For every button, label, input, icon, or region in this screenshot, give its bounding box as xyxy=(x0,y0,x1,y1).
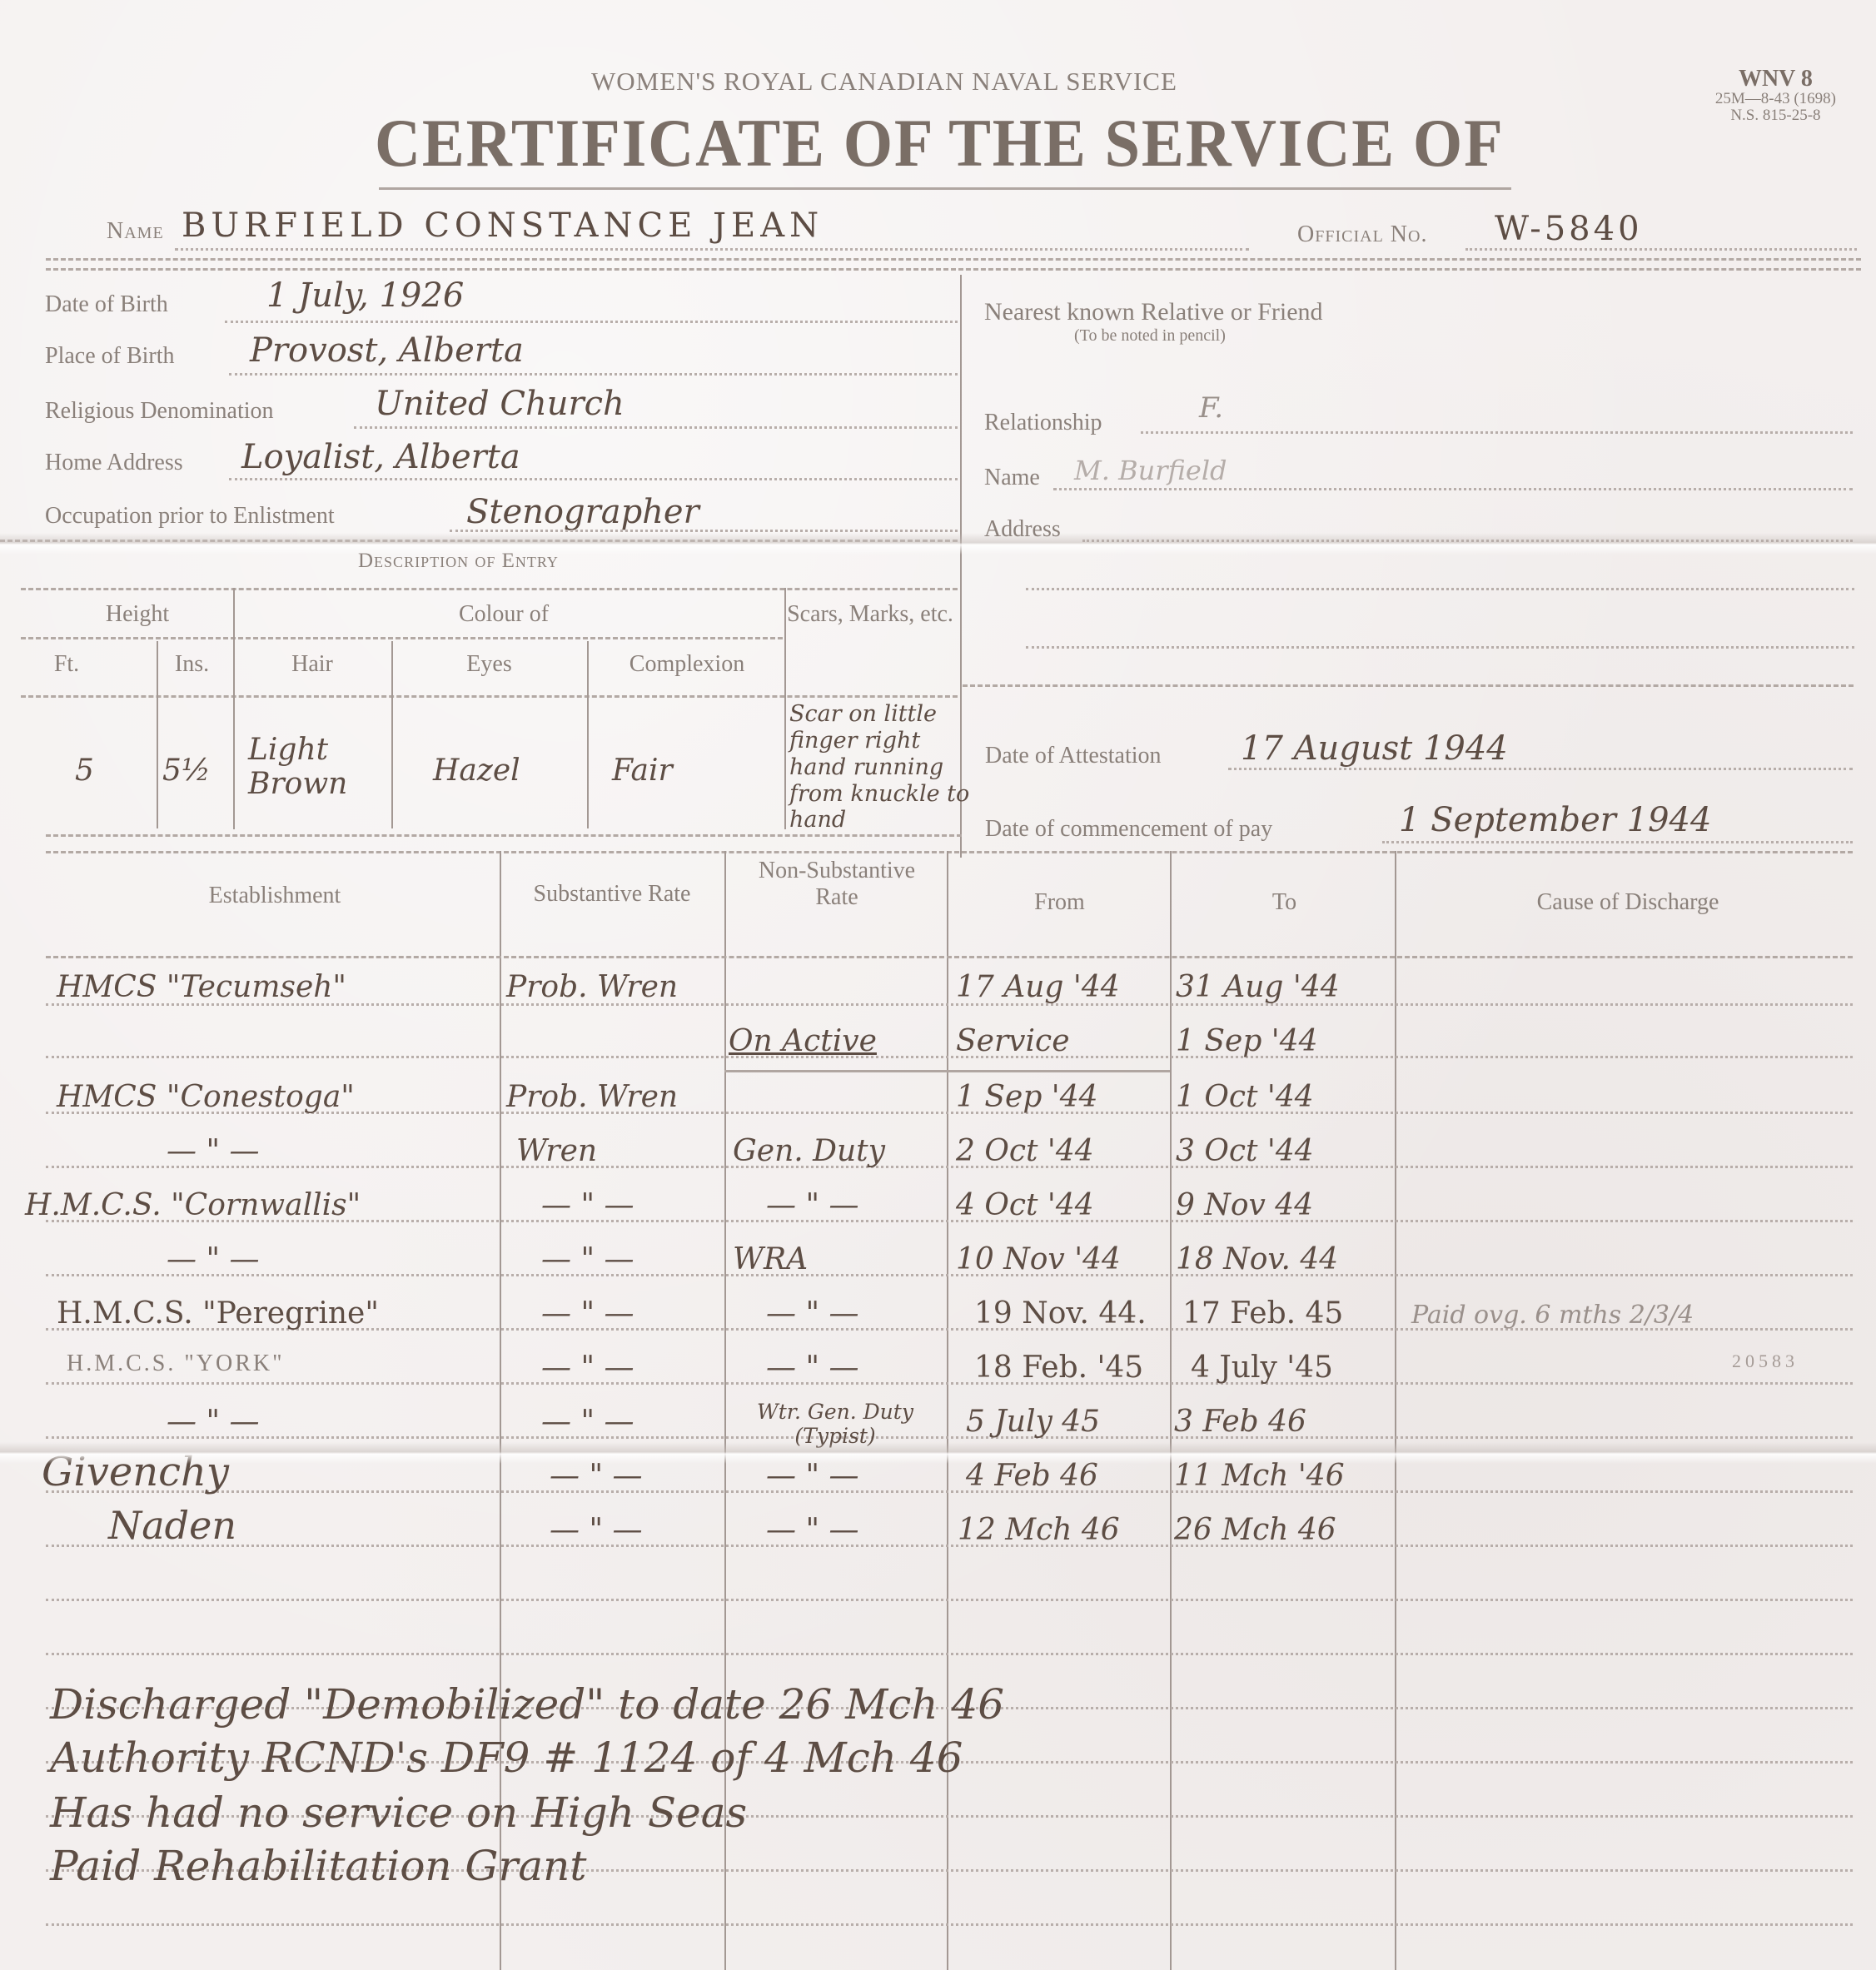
row-7-non-sub-rate: — " — xyxy=(766,1351,858,1385)
desc-col-line xyxy=(391,641,393,828)
desc-mid-rule xyxy=(21,637,783,639)
ins-header: Ins. xyxy=(157,651,227,678)
pob-value: Provost, Alberta xyxy=(250,331,524,370)
colour-header: Colour of xyxy=(225,601,783,628)
print-code: 25M—8-43 (1698) xyxy=(1715,91,1836,107)
remark-high-seas: Has had no service on High Seas xyxy=(50,1788,747,1837)
attestation-label: Date of Attestation xyxy=(985,743,1162,769)
row-8-from: 5 July 45 xyxy=(966,1405,1100,1439)
relationship-dotline xyxy=(1141,431,1853,434)
home-address-label: Home Address xyxy=(45,450,183,476)
row-9-from: 4 Feb 46 xyxy=(966,1459,1098,1493)
row-1-to: 1 Sep '44 xyxy=(1176,1024,1318,1058)
relative-address-dotline-3 xyxy=(1026,646,1854,649)
eyes-header: Eyes xyxy=(391,651,587,678)
row-5-to: 18 Nov. 44 xyxy=(1176,1242,1338,1276)
row-4-from: 4 Oct '44 xyxy=(956,1188,1094,1222)
row-1-underline xyxy=(724,1070,1170,1072)
row-6-cause: Paid ovg. 6 mths 2/3/4 xyxy=(1411,1301,1694,1330)
pob-label: Place of Birth xyxy=(45,343,175,370)
religion-dotline xyxy=(354,426,958,429)
row-1-from: Service xyxy=(956,1024,1070,1058)
religion-value: United Church xyxy=(375,385,625,423)
row-9-sub-rate: — " — xyxy=(550,1459,642,1493)
desc-col-line xyxy=(587,641,589,828)
pay-commencement-value: 1 September 1944 xyxy=(1399,801,1711,839)
row-2-sub-rate: Prob. Wren xyxy=(506,1080,678,1114)
official-no-label: Official No. xyxy=(1297,221,1427,248)
service-heading: WOMEN'S ROYAL CANADIAN NAVAL SERVICE xyxy=(591,67,1177,97)
row-dotline xyxy=(46,1166,1853,1168)
row-dotline xyxy=(46,1490,1853,1493)
row-3-sub-rate: Wren xyxy=(516,1134,597,1168)
col-establishment: Establishment xyxy=(50,883,500,909)
desc-col-line xyxy=(784,588,786,829)
row-6-to: 17 Feb. 45 xyxy=(1182,1296,1343,1331)
paper-fold-lower xyxy=(0,1442,1876,1464)
home-address-value: Loyalist, Alberta xyxy=(241,438,520,476)
row-0-establishment: HMCS "Tecumseh" xyxy=(57,970,346,1004)
row-6-non-sub-rate: — " — xyxy=(766,1296,858,1331)
scars-header: Scars, Marks, etc. xyxy=(787,601,953,628)
row-2-from: 1 Sep '44 xyxy=(956,1080,1098,1114)
relative-note: (To be noted in pencil) xyxy=(1074,326,1226,346)
relative-address-label: Address xyxy=(984,516,1061,543)
row-10-establishment: Naden xyxy=(108,1503,236,1548)
ns-code: N.S. 815-25-8 xyxy=(1715,107,1836,124)
row-dotline xyxy=(46,1436,1853,1439)
ft-header: Ft. xyxy=(37,651,96,678)
remark-authority: Authority RCND's DF9 # 1124 of 4 Mch 46 xyxy=(50,1734,963,1782)
occupation-label: Occupation prior to Enlistment xyxy=(45,503,335,530)
service-top-rule xyxy=(46,851,1853,853)
row-0-to: 31 Aug '44 xyxy=(1176,970,1340,1004)
row-9-non-sub-rate: — " — xyxy=(766,1459,858,1493)
row-5-establishment: — " — xyxy=(167,1242,259,1276)
home-address-dotline xyxy=(229,478,958,480)
col-substantive-rate: Substantive Rate xyxy=(516,881,708,908)
service-col-line xyxy=(1170,851,1172,1970)
occupation-value: Stenographer xyxy=(466,493,699,531)
col-to: To xyxy=(1174,889,1395,916)
form-code-block: WNV 8 25M—8-43 (1698) N.S. 815-25-8 xyxy=(1715,67,1836,124)
row-dotline xyxy=(46,1599,1853,1601)
row-8-establishment: — " — xyxy=(167,1405,259,1439)
relative-bottom-rule xyxy=(963,684,1854,687)
row-10-non-sub-rate: — " — xyxy=(766,1513,858,1547)
relationship-label: Relationship xyxy=(984,410,1102,436)
row-5-from: 10 Nov '44 xyxy=(956,1242,1121,1276)
row-4-sub-rate: — " — xyxy=(541,1188,634,1222)
name-label: Name xyxy=(107,218,164,245)
row-7-establishment: H.M.C.S. "YORK" xyxy=(67,1351,285,1377)
row-dotline xyxy=(46,1056,1853,1058)
attestation-value: 17 August 1944 xyxy=(1241,729,1508,768)
certificate-title: CERTIFICATE OF THE SERVICE OF xyxy=(375,104,1505,182)
row-9-to: 11 Mch '46 xyxy=(1174,1459,1345,1493)
row-0-sub-rate: Prob. Wren xyxy=(506,970,678,1004)
row-8-sub-rate: — " — xyxy=(541,1405,634,1439)
relative-name-dotline xyxy=(1053,488,1853,490)
row-4-to: 9 Nov 44 xyxy=(1176,1188,1313,1222)
row-7-from: 18 Feb. '45 xyxy=(974,1351,1143,1385)
religion-label: Religious Denomination xyxy=(45,398,274,425)
row-dotline xyxy=(46,1653,1853,1655)
attestation-dotline xyxy=(1228,768,1853,770)
row-6-establishment: H.M.C.S. "Peregrine" xyxy=(57,1296,379,1331)
ins-value: 5½ xyxy=(162,754,211,788)
row-4-establishment: H.M.C.S. "Cornwallis" xyxy=(25,1188,361,1222)
row-3-from: 2 Oct '44 xyxy=(956,1134,1094,1168)
dob-dotline xyxy=(225,321,958,323)
height-header: Height xyxy=(46,601,229,628)
row-6-sub-rate: — " — xyxy=(541,1296,634,1331)
relative-name-label: Name xyxy=(984,465,1040,491)
row-3-establishment: — " — xyxy=(167,1134,259,1168)
row-0-from: 17 Aug '44 xyxy=(956,970,1120,1004)
official-no-dotline xyxy=(1465,248,1857,251)
desc-col-line xyxy=(157,641,158,828)
dob-value: 1 July, 1926 xyxy=(266,276,464,315)
remark-discharge: Discharged "Demobilized" to date 26 Mch … xyxy=(50,1680,1004,1729)
service-header-bottom-rule xyxy=(46,956,1853,958)
row-3-non-sub-rate: Gen. Duty xyxy=(733,1134,885,1168)
pay-commencement-label: Date of commencement of pay xyxy=(985,816,1272,843)
dob-label: Date of Birth xyxy=(45,291,168,318)
pay-commencement-dotline xyxy=(1382,841,1853,843)
desc-header-bottom-rule xyxy=(21,695,958,698)
row-4-non-sub-rate: — " — xyxy=(766,1188,858,1222)
row-3-to: 3 Oct '44 xyxy=(1176,1134,1314,1168)
col-cause-of-discharge: Cause of Discharge xyxy=(1399,889,1857,916)
service-col-line xyxy=(1395,851,1396,1970)
row-8-to: 3 Feb 46 xyxy=(1174,1405,1306,1439)
row-2-establishment: HMCS "Conestoga" xyxy=(57,1080,355,1114)
relative-heading: Nearest known Relative or Friend xyxy=(984,298,1323,326)
row-10-to: 26 Mch 46 xyxy=(1174,1513,1336,1547)
ft-value: 5 xyxy=(75,754,94,788)
row-8-non-sub-rate: Wtr. Gen. Duty (Typist) xyxy=(731,1400,939,1449)
remark-rehab-grant: Paid Rehabilitation Grant xyxy=(50,1842,586,1890)
name-rule-2 xyxy=(46,268,1861,271)
service-col-line xyxy=(947,851,948,1970)
form-code: WNV 8 xyxy=(1715,67,1836,91)
row-dotline xyxy=(46,1545,1853,1547)
paper-fold-upper xyxy=(0,533,1876,555)
row-10-from: 12 Mch 46 xyxy=(958,1513,1120,1547)
title-underline xyxy=(379,187,1511,190)
name-rule-1 xyxy=(46,258,1861,261)
official-no-value: W-5840 xyxy=(1495,210,1643,248)
row-dotline xyxy=(46,1274,1853,1276)
desc-top-rule xyxy=(21,588,958,590)
occupation-dotline xyxy=(450,530,958,532)
eyes-value: Hazel xyxy=(433,754,520,788)
name-value: BURFIELD CONSTANCE JEAN xyxy=(182,206,824,245)
relationship-value: F. xyxy=(1199,391,1223,425)
relative-name-value: M. Burfield xyxy=(1074,455,1227,486)
col-from: From xyxy=(949,889,1170,916)
row-dotline xyxy=(46,1382,1853,1385)
relative-address-dotline-2 xyxy=(1026,588,1854,590)
col-non-substantive-rate: Non-Substantive Rate xyxy=(745,858,928,911)
row-dotline xyxy=(46,1923,1853,1926)
desc-col-line xyxy=(233,588,235,829)
row-5-sub-rate: — " — xyxy=(541,1242,634,1276)
name-dotline xyxy=(175,248,1249,251)
row-7-to: 4 July '45 xyxy=(1191,1351,1333,1385)
row-5-non-sub-rate: WRA xyxy=(733,1242,808,1276)
row-2-to: 1 Oct '44 xyxy=(1176,1080,1314,1114)
hair-header: Hair xyxy=(237,651,387,678)
relative-address-dotline xyxy=(1082,540,1853,542)
row-6-from: 19 Nov. 44. xyxy=(974,1296,1147,1331)
desc-bottom-rule xyxy=(46,834,962,837)
hair-value: Light Brown xyxy=(248,733,386,802)
complexion-header: Complexion xyxy=(591,651,783,678)
pob-dotline xyxy=(229,373,958,376)
row-1-non-sub-rate: On Active xyxy=(729,1024,877,1058)
row-7-sub-rate: — " — xyxy=(541,1351,634,1385)
row-7-cause: 20583 xyxy=(1732,1351,1799,1372)
scars-value: Scar on little finger right hand running… xyxy=(789,701,981,833)
complexion-value: Fair xyxy=(612,754,673,788)
row-10-sub-rate: — " — xyxy=(550,1513,642,1547)
